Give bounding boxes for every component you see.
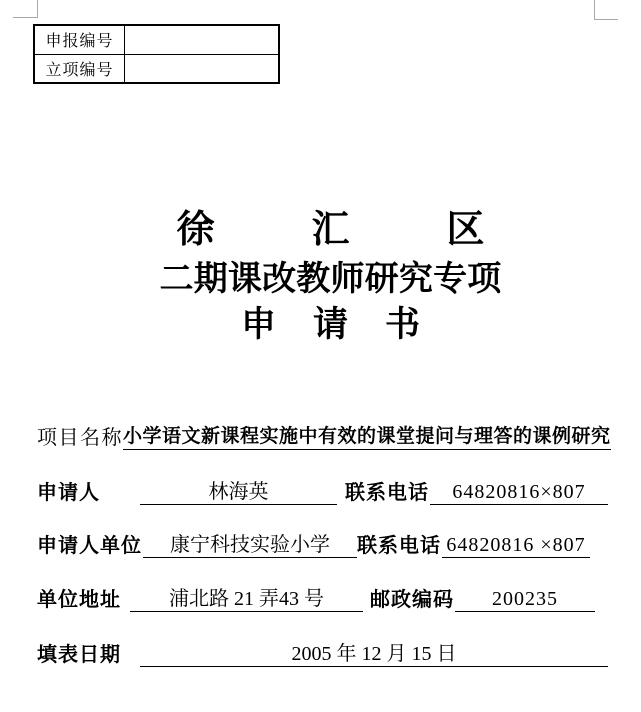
crop-mark-top-right-horizontal	[594, 19, 618, 20]
project-approval-number-label: 立项编号	[35, 55, 125, 83]
contact-phone-label: 联系电话	[357, 534, 442, 558]
crop-mark-top-left-vertical	[37, 0, 38, 18]
title-char: 汇	[311, 198, 349, 253]
title-char: 申	[241, 297, 276, 347]
applicant-unit-value: 康宁科技实验小学	[143, 533, 357, 558]
project-name-value: 小学语文新课程实施中有效的课堂提问与理答的课例研究	[123, 425, 611, 450]
unit-address-value: 浦北路 21 弄43 号	[130, 587, 363, 612]
table-row: 申报编号	[35, 26, 278, 54]
title-char: 区	[447, 198, 485, 253]
table-row: 立项编号	[35, 54, 278, 83]
header-number-table: 申报编号 立项编号	[33, 24, 280, 84]
unit-address-label: 单位地址	[37, 588, 130, 612]
applicant-label: 申请人	[37, 481, 140, 505]
title-application-form-line: 申 请 书	[40, 297, 621, 347]
title-program-line: 二期课改教师研究专项	[40, 251, 621, 300]
fill-date-value: 2005 年 12 月 15 日	[140, 642, 608, 667]
project-name-row: 项目名称 小学语文新课程实施中有效的课堂提问与理答的课例研究	[37, 426, 608, 450]
unit-address-row: 单位地址 浦北路 21 弄43 号 邮政编码 200235	[37, 588, 608, 612]
applicant-unit-row: 申请人单位 康宁科技实验小学 联系电话 64820816 ×807	[37, 534, 608, 558]
postal-code-label: 邮政编码	[370, 588, 455, 612]
applicant-value: 林海英	[140, 480, 337, 505]
title-district-line: 徐 汇 区	[40, 198, 621, 253]
title-char: 请	[313, 297, 348, 347]
fill-date-row: 填表日期 2005 年 12 月 15 日	[37, 643, 608, 667]
project-approval-number-blank-cell[interactable]	[125, 55, 278, 83]
application-number-label: 申报编号	[35, 26, 125, 54]
application-number-blank-cell[interactable]	[125, 26, 278, 54]
crop-mark-top-right-vertical	[594, 0, 595, 19]
postal-code-value: 200235	[455, 587, 595, 612]
title-char: 徐	[176, 198, 214, 253]
applicant-phone-value: 64820816×807	[430, 480, 608, 505]
title-char: 书	[385, 297, 420, 347]
crop-mark-top-left-horizontal	[13, 17, 38, 18]
fill-date-label: 填表日期	[37, 643, 140, 667]
applicant-row: 申请人 林海英 联系电话 64820816×807	[37, 481, 608, 505]
project-name-label: 项目名称	[37, 426, 123, 450]
applicant-unit-label: 申请人单位	[37, 534, 143, 558]
unit-phone-value: 64820816 ×807	[442, 533, 590, 558]
document-page: { "document": { "header_table": { "rows"…	[0, 0, 641, 712]
contact-phone-label: 联系电话	[345, 481, 430, 505]
